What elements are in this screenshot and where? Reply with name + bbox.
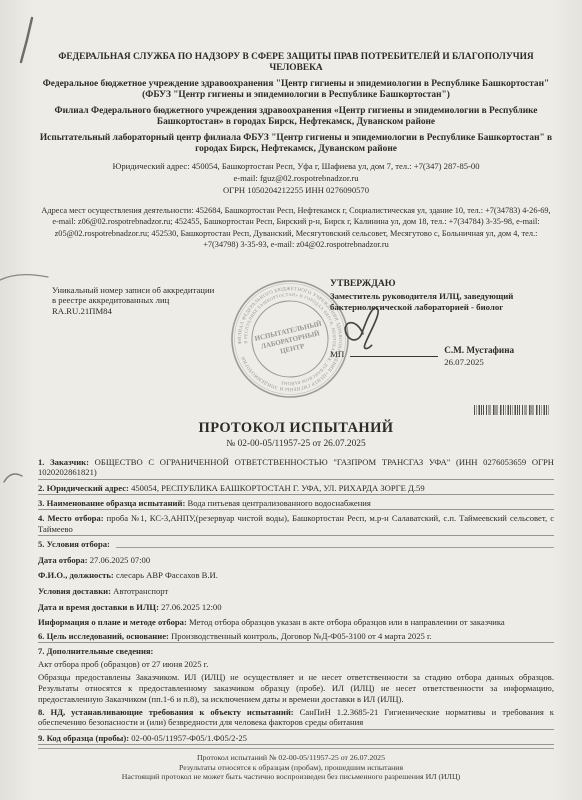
- protocol-items: 1. Заказчик: ОБЩЕСТВО С ОГРАНИЧЕННОЙ ОТВ…: [38, 457, 554, 750]
- item-label: 9. Код образца (пробы):: [38, 733, 129, 743]
- item-sample-code: 9. Код образца (пробы): 02-00-05/11957-Ф…: [38, 733, 554, 746]
- item-sample-name: 3. Наименование образца испытаний: Вода …: [38, 498, 554, 511]
- item-sampling-method-info: Информация о плане и методе отбора: Мето…: [38, 617, 554, 628]
- item-delivery-conditions: Условия доставки: Автотранспорт: [38, 586, 554, 597]
- item-label: 2. Юридический адрес:: [38, 483, 129, 493]
- item-sampling-place: 4. Место отбора: проба №1, КС-3,АНПУ,(ре…: [38, 513, 554, 536]
- organization-name: Федеральное бюджетное учреждение здравоо…: [38, 79, 554, 90]
- item-value: Вода питьевая централизованного водоснаб…: [187, 498, 370, 508]
- signature: [334, 301, 392, 355]
- item-value: слесарь АВР Фассахов В.И.: [116, 570, 218, 580]
- approval-date: 26.07.2025: [444, 357, 514, 368]
- approval-block: УТВЕРЖДАЮ Заместитель руководителя ИЛЦ, …: [330, 279, 540, 360]
- approver-identity: С.М. Мустафина 26.07.2025: [444, 345, 514, 367]
- item-label: 1. Заказчик:: [38, 457, 89, 467]
- item-sampler-name: Ф.И.О., должность: слесарь АВР Фассахов …: [38, 570, 554, 581]
- item-label: Условия доставки:: [38, 586, 111, 596]
- bottom-rule: [38, 748, 554, 749]
- item-value: 27.06.2025 12:00: [161, 602, 221, 612]
- protocol-title: ПРОТОКОЛ ИСПЫТАНИЙ: [38, 420, 554, 437]
- item-delivery-datetime: Дата и время доставки в ИЛЦ: 27.06.2025 …: [38, 602, 554, 613]
- approval-band: Уникальный номер записи об аккредитации …: [38, 277, 554, 403]
- item-label: 5. Условия отбора:: [38, 539, 110, 550]
- item-sampling-date: Дата отбора: 27.06.2025 07:00: [38, 555, 554, 566]
- item-sampling-conditions: 5. Условия отбора:: [38, 539, 554, 550]
- item-label: Информация о плане и методе отбора:: [38, 617, 187, 627]
- branch-name: Филиал Федерального бюджетного учреждени…: [38, 106, 554, 128]
- activity-addresses: Адреса мест осуществления деятельности: …: [38, 205, 554, 251]
- item-value: Автотранспорт: [113, 586, 168, 596]
- item-value: ОБЩЕСТВО С ОГРАНИЧЕННОЙ ОТВЕТСТВЕННОСТЬЮ…: [38, 457, 554, 478]
- item-value: Акт отбора проб (образцов) от 27 июня 20…: [38, 659, 208, 669]
- item-legal-address: 2. Юридический адрес: 450054, РЕСПУБЛИКА…: [38, 483, 554, 496]
- document-content: ФЕДЕРАЛЬНАЯ СЛУЖБА ПО НАДЗОРУ В СФЕРЕ ЗА…: [38, 52, 554, 749]
- laboratory-center-name: Испытательный лабораторный центр филиала…: [38, 133, 554, 155]
- item-value: 02-00-05/11957-Ф05/1.Ф05/2-25: [131, 733, 247, 743]
- protocol-number: № 02-00-05/11957-25 от 26.07.2025: [38, 439, 554, 449]
- item-value: Образцы предоставлены Заказчиком. ИЛ (ИЛ…: [38, 672, 554, 703]
- scan-arc-artifact: [2, 468, 24, 486]
- item-label: 8. НД, устанавливающие требования к объе…: [38, 707, 294, 717]
- footer-protocol-ref: Протокол испытаний № 02-00-05/11957-25 о…: [0, 753, 582, 763]
- item-label: Дата и время доставки в ИЛЦ:: [38, 602, 159, 612]
- item-additional-info: 7. Дополнительные сведения:: [38, 646, 554, 657]
- item-label: 6. Цель исследований, основание:: [38, 631, 169, 641]
- form-line: [116, 539, 554, 548]
- item-label: Ф.И.О., должность:: [38, 570, 114, 580]
- item-value: Метод отбора образцов указан в акте отбо…: [189, 617, 505, 627]
- legal-address: Юридический адрес: 450054, Башкортостан …: [38, 161, 554, 171]
- approver-name: С.М. Мустафина: [444, 345, 514, 356]
- approval-heading: УТВЕРЖДАЮ: [330, 279, 540, 290]
- item-label: 3. Наименование образца испытаний:: [38, 498, 185, 508]
- item-disclaimer: Образцы предоставлены Заказчиком. ИЛ (ИЛ…: [38, 672, 554, 704]
- agency-name: ФЕДЕРАЛЬНАЯ СЛУЖБА ПО НАДЗОРУ В СФЕРЕ ЗА…: [38, 52, 554, 74]
- item-label: 4. Место отбора:: [38, 513, 104, 523]
- item-research-purpose: 6. Цель исследований, основание: Произво…: [38, 631, 554, 644]
- ogrn-inn: ОГРН 1050204212255 ИНН 0276090570: [38, 185, 554, 195]
- item-value: 27.06.2025 07:00: [90, 555, 150, 565]
- footer-results-note: Результаты относятся к образцам (пробам)…: [0, 763, 582, 773]
- barcode: [474, 405, 550, 415]
- item-label: 7. Дополнительные сведения:: [38, 646, 153, 656]
- page-footer: Протокол испытаний № 02-00-05/11957-25 о…: [0, 753, 582, 782]
- accreditation-number: RA.RU.21ПМ84: [52, 306, 247, 317]
- item-label: Дата отбора:: [38, 555, 88, 565]
- footer-reproduction-note: Настоящий протокол не может быть частичн…: [0, 772, 582, 782]
- org-email: e-mail: fguz@02.rospotrebnadzor.ru: [38, 173, 554, 183]
- item-value: Производственный контроль, Договор №Д-Ф0…: [171, 631, 432, 641]
- accreditation-label-line1: Уникальный номер записи об аккредитации: [52, 285, 247, 296]
- organization-short-name: (ФБУЗ "Центр гигиены и эпидемиологии в Р…: [38, 90, 554, 101]
- item-customer: 1. Заказчик: ОБЩЕСТВО С ОГРАНИЧЕННОЙ ОТВ…: [38, 457, 554, 480]
- item-sampling-act: Акт отбора проб (образцов) от 27 июня 20…: [38, 659, 554, 670]
- item-value: 450054, РЕСПУБЛИКА БАШКОРТОСТАН Г. УФА, …: [131, 483, 425, 493]
- accreditation-label-line2: в реестре аккредитованных лиц: [52, 295, 247, 306]
- item-normative-docs: 8. НД, устанавливающие требования к объе…: [38, 707, 554, 730]
- item-value: проба №1, КС-3,АНПУ,(резервуар чистой во…: [38, 513, 554, 534]
- scanned-protocol-page: ФЕДЕРАЛЬНАЯ СЛУЖБА ПО НАДЗОРУ В СФЕРЕ ЗА…: [0, 0, 582, 800]
- accreditation-record: Уникальный номер записи об аккредитации …: [52, 285, 247, 317]
